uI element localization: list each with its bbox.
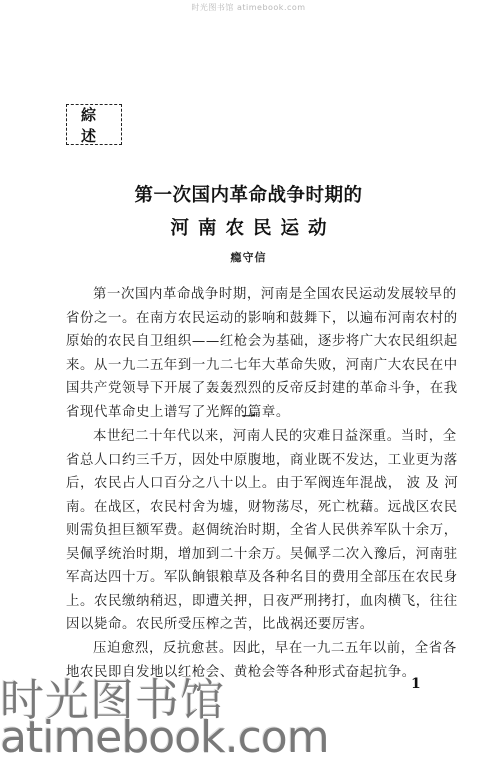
author-name: 瘾守信	[0, 249, 497, 265]
section-label: 綜述	[81, 104, 121, 146]
text-line: 后，农民占人口百分之八十以上。由于军阀连年混战， 波 及 河	[66, 472, 434, 496]
text-line: 省份之一。在南方农民运动的影响和鼓舞下，以遍布河南农村的	[66, 307, 434, 331]
section-numeral: 一	[0, 407, 497, 427]
article-title-line2: 河南农民运动	[0, 214, 497, 240]
paragraph-background: 本世纪二十年代以来，河南人民的灾难日益深重。当时，全 省总人口约三千万，因处中原…	[66, 425, 434, 637]
article-title-line1: 第一次国内革命战争时期的	[0, 181, 497, 207]
section-label-box: 綜述	[66, 104, 122, 145]
text-line: 则需负担巨额军费。赵倜统治时期，全省人民供养军队十余万，	[66, 519, 434, 543]
text-line: 本世纪二十年代以来，河南人民的灾难日益深重。当时，全	[66, 425, 434, 449]
text-line: 压迫愈烈，反抗愈甚。因此，早在一九二五年以前，全省各	[66, 637, 434, 661]
page-number: 1	[411, 676, 421, 692]
text-line: 省总人口约三千万，因处中原腹地，商业既不发达，工业更为落	[66, 449, 434, 473]
text-line: 南。在战区，农民村舍为墟，财物荡尽，死亡枕藉。远战区农民	[66, 496, 434, 520]
text-line: 军高达四十万。军队餉银粮草及各种名目的费用全部压在农民身	[66, 566, 434, 590]
header-watermark: 时光图书馆 atimebook.com	[0, 2, 497, 13]
text-line: 因以毙命。农民所受压榨之苦，比战祸还要厉害。	[66, 613, 434, 637]
text-line: 原始的农民自卫组织——红枪会为基础，逐步将广大农民组织起	[66, 330, 434, 354]
text-line: 第一次国内革命战争时期，河南是全国农民运动发展较早的	[66, 283, 434, 307]
text-line: 国共产党领导下开展了轰轰烈烈的反帝反封建的革命斗争，在我	[66, 377, 434, 401]
text-line: 上。农民缴纳稍迟，即遭关押，日夜严刑拷打，血肉横飞，往往	[66, 590, 434, 614]
paragraph-intro: 第一次国内革命战争时期，河南是全国农民运动发展较早的 省份之一。在南方农民运动的…	[66, 283, 434, 424]
text-line: 吴佩孚统治时期，增加到二十余万。吴佩孚二次入豫后，河南驻	[66, 543, 434, 567]
text-line: 来。从一九二五年到一九二七年大革命失败，河南广大农民在中	[66, 354, 434, 378]
watermark-url: atimebook.com	[0, 712, 329, 763]
